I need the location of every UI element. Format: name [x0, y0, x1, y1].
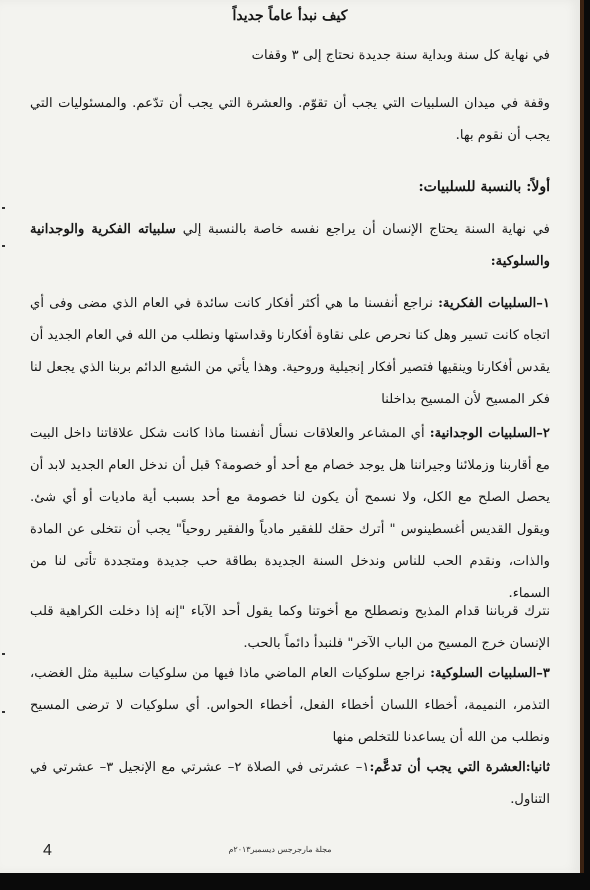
section1-intro: في نهاية السنة يحتاج الإنسان أن يراجع نف…: [30, 214, 550, 278]
section1-heading: أولاً: بالنسبة للسلبيات:: [30, 176, 550, 198]
item-behavioral: ٣–السلبيات السلوكية: نراجع سلوكيات العام…: [30, 658, 550, 754]
magazine-footer: مجلة مارجرجس ديسمبر٢٠١٣م: [200, 845, 360, 854]
margin-mark: [2, 653, 5, 655]
margin-mark: [2, 711, 5, 713]
item-text: نراجع أنفسنا ما هي أكثر أفكار كانت سائدة…: [30, 296, 550, 407]
item-label: ١–السلبيات الفكرية:: [438, 296, 550, 311]
section2: ثانيا:العشرة التي يجب أن تدعَّم:١– عشرتى…: [30, 752, 550, 816]
article-title: كيف نبدأ عاماً جديداً: [30, 6, 550, 26]
item-label: ٢–السلبيات الوجدانية:: [430, 426, 550, 441]
item-emotional: ٢–السلبيات الوجدانية: أي المشاعر والعلاق…: [30, 418, 550, 610]
intro-paragraph: وقفة في ميدان السلبيات التي يجب أن تقوّم…: [30, 88, 550, 152]
margin-mark: [2, 207, 5, 209]
item-reconciliation: نترك قرباننا قدام المذبح ونصطلح مع أخوتن…: [30, 596, 550, 660]
item-text: أي المشاعر والعلاقات نسأل أنفسنا ماذا كا…: [30, 426, 550, 601]
section2-label: ثانيا:العشرة التي يجب أن تدعَّم:: [369, 760, 550, 775]
intro-line: في نهاية كل سنة وبداية سنة جديدة نحتاج إ…: [30, 40, 550, 72]
page-edge: [580, 0, 584, 873]
document-page: كيف نبدأ عاماً جديداً في نهاية كل سنة وب…: [0, 0, 580, 873]
section1-intro-text: في نهاية السنة يحتاج الإنسان أن يراجع نف…: [176, 222, 550, 237]
item-label: ٣–السلبيات السلوكية:: [430, 666, 550, 681]
item-intellectual: ١–السلبيات الفكرية: نراجع أنفسنا ما هي أ…: [30, 288, 550, 416]
margin-mark: [2, 245, 5, 247]
page-number: 4: [43, 842, 52, 860]
item-text: نترك قرباننا قدام المذبح ونصطلح مع أخوتن…: [30, 604, 550, 651]
